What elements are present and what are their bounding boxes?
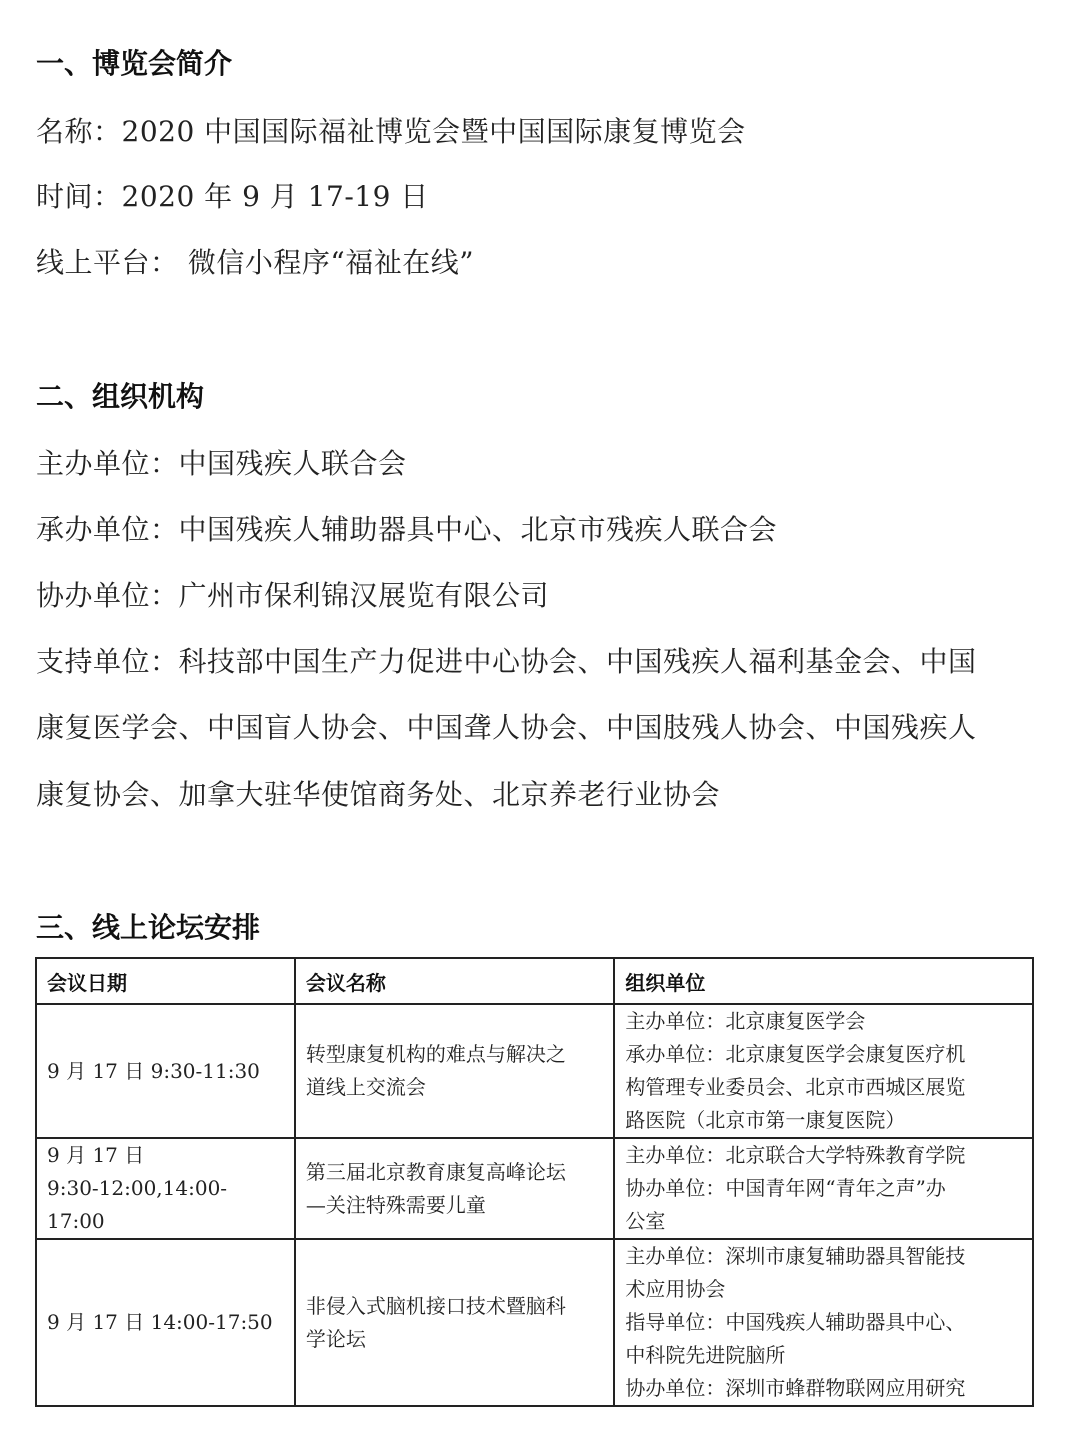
name-line: 第三届北京教育康复高峰论坛	[306, 1156, 603, 1189]
date-line: 9 月 17 日	[47, 1139, 284, 1172]
org-line: 公室	[625, 1205, 1022, 1238]
cell-name: 非侵入式脑机接口技术暨脑科 学论坛	[295, 1239, 614, 1406]
name-line: 道线上交流会	[306, 1071, 603, 1104]
org-line: 主办单位：北京联合大学特殊教育学院	[625, 1139, 1022, 1172]
cell-organizer: 主办单位：北京康复医学会 承办单位：北京康复医学会康复医疗机 构管理专业委员会、…	[614, 1004, 1033, 1138]
expo-platform-label: 线上平台：	[36, 246, 179, 279]
expo-platform-value: 微信小程序“福祉在线”	[179, 246, 475, 279]
org-line: 协办单位：深圳市蜂群物联网应用研究	[625, 1372, 1022, 1405]
organizer-value: 中国残疾人辅助器具中心、北京市残疾人联合会	[179, 513, 778, 546]
host-label: 主办单位：	[36, 447, 179, 480]
name-line: 转型康复机构的难点与解决之	[306, 1038, 603, 1071]
cell-organizer: 主办单位：北京联合大学特殊教育学院 协办单位：中国青年网“青年之声”办 公室	[614, 1138, 1033, 1239]
section-heading-intro: 一、博览会简介	[36, 42, 232, 82]
section-heading-organization: 二、组织机构	[36, 375, 204, 415]
date-line: 9:30-12:00,14:00-17:00	[47, 1172, 284, 1238]
expo-name-label: 名称：	[36, 115, 122, 148]
cell-date: 9 月 17 日 14:00-17:50	[36, 1239, 295, 1406]
org-line: 指导单位：中国残疾人辅助器具中心、	[625, 1306, 1022, 1339]
org-line: 协办单位：中国青年网“青年之声”办	[625, 1172, 1022, 1205]
host-line: 主办单位：中国残疾人联合会	[36, 442, 407, 482]
expo-name-line: 名称：2020 中国国际福祉博览会暨中国国际康复博览会	[36, 110, 746, 150]
cell-name: 转型康复机构的难点与解决之 道线上交流会	[295, 1004, 614, 1138]
section-heading-forum-schedule: 三、线上论坛安排	[36, 906, 260, 946]
co-organizer-value: 广州市保利锦汉展览有限公司	[179, 579, 550, 612]
supporter-line-2: 康复医学会、中国盲人协会、中国聋人协会、中国肢残人协会、中国残疾人	[36, 706, 977, 746]
header-meeting-name: 会议名称	[295, 958, 614, 1004]
date-line: 9 月 17 日 14:00-17:50	[47, 1306, 284, 1339]
supporter-line-3: 康复协会、加拿大驻华使馆商务处、北京养老行业协会	[36, 773, 720, 813]
cell-name: 第三届北京教育康复高峰论坛 —关注特殊需要儿童	[295, 1138, 614, 1239]
supporter-label: 支持单位：	[36, 645, 179, 678]
table-header-row: 会议日期 会议名称 组织单位	[36, 958, 1033, 1004]
expo-platform-line: 线上平台： 微信小程序“福祉在线”	[36, 241, 474, 281]
table-row: 9 月 17 日 14:00-17:50 非侵入式脑机接口技术暨脑科 学论坛 主…	[36, 1239, 1033, 1406]
table-row: 9 月 17 日 9:30-12:00,14:00-17:00 第三届北京教育康…	[36, 1138, 1033, 1239]
supporter-value-1: 科技部中国生产力促进中心协会、中国残疾人福利基金会、中国	[179, 645, 977, 678]
supporter-line-1: 支持单位：科技部中国生产力促进中心协会、中国残疾人福利基金会、中国	[36, 640, 977, 680]
document-page: 一、博览会简介 名称：2020 中国国际福祉博览会暨中国国际康复博览会 时间：2…	[0, 0, 1080, 1429]
org-line: 路医院（北京市第一康复医院）	[625, 1104, 1022, 1137]
expo-time-value: 2020 年 9 月 17-19 日	[122, 180, 429, 213]
org-line: 构管理专业委员会、北京市西城区展览	[625, 1071, 1022, 1104]
table-row: 9 月 17 日 9:30-11:30 转型康复机构的难点与解决之 道线上交流会…	[36, 1004, 1033, 1138]
expo-time-label: 时间：	[36, 180, 122, 213]
name-line: —关注特殊需要儿童	[306, 1189, 603, 1222]
org-line: 承办单位：北京康复医学会康复医疗机	[625, 1038, 1022, 1071]
expo-name-value: 2020 中国国际福祉博览会暨中国国际康复博览会	[122, 115, 746, 148]
org-line: 主办单位：北京康复医学会	[625, 1005, 1022, 1038]
co-organizer-line: 协办单位：广州市保利锦汉展览有限公司	[36, 574, 549, 614]
organizer-line: 承办单位：中国残疾人辅助器具中心、北京市残疾人联合会	[36, 508, 777, 548]
organizer-label: 承办单位：	[36, 513, 179, 546]
cell-organizer: 主办单位：深圳市康复辅助器具智能技 术应用协会 指导单位：中国残疾人辅助器具中心…	[614, 1239, 1033, 1406]
date-line: 9 月 17 日 9:30-11:30	[47, 1055, 284, 1088]
name-line: 非侵入式脑机接口技术暨脑科	[306, 1290, 603, 1323]
header-organizer: 组织单位	[614, 958, 1033, 1004]
host-value: 中国残疾人联合会	[179, 447, 407, 480]
co-organizer-label: 协办单位：	[36, 579, 179, 612]
header-meeting-date: 会议日期	[36, 958, 295, 1004]
name-line: 学论坛	[306, 1323, 603, 1356]
cell-date: 9 月 17 日 9:30-11:30	[36, 1004, 295, 1138]
expo-time-line: 时间：2020 年 9 月 17-19 日	[36, 175, 429, 215]
cell-date: 9 月 17 日 9:30-12:00,14:00-17:00	[36, 1138, 295, 1239]
forum-schedule-table: 会议日期 会议名称 组织单位 9 月 17 日 9:30-11:30 转型康复机…	[35, 957, 1034, 1407]
org-line: 主办单位：深圳市康复辅助器具智能技	[625, 1240, 1022, 1273]
org-line: 中科院先进院脑所	[625, 1339, 1022, 1372]
org-line: 术应用协会	[625, 1273, 1022, 1306]
